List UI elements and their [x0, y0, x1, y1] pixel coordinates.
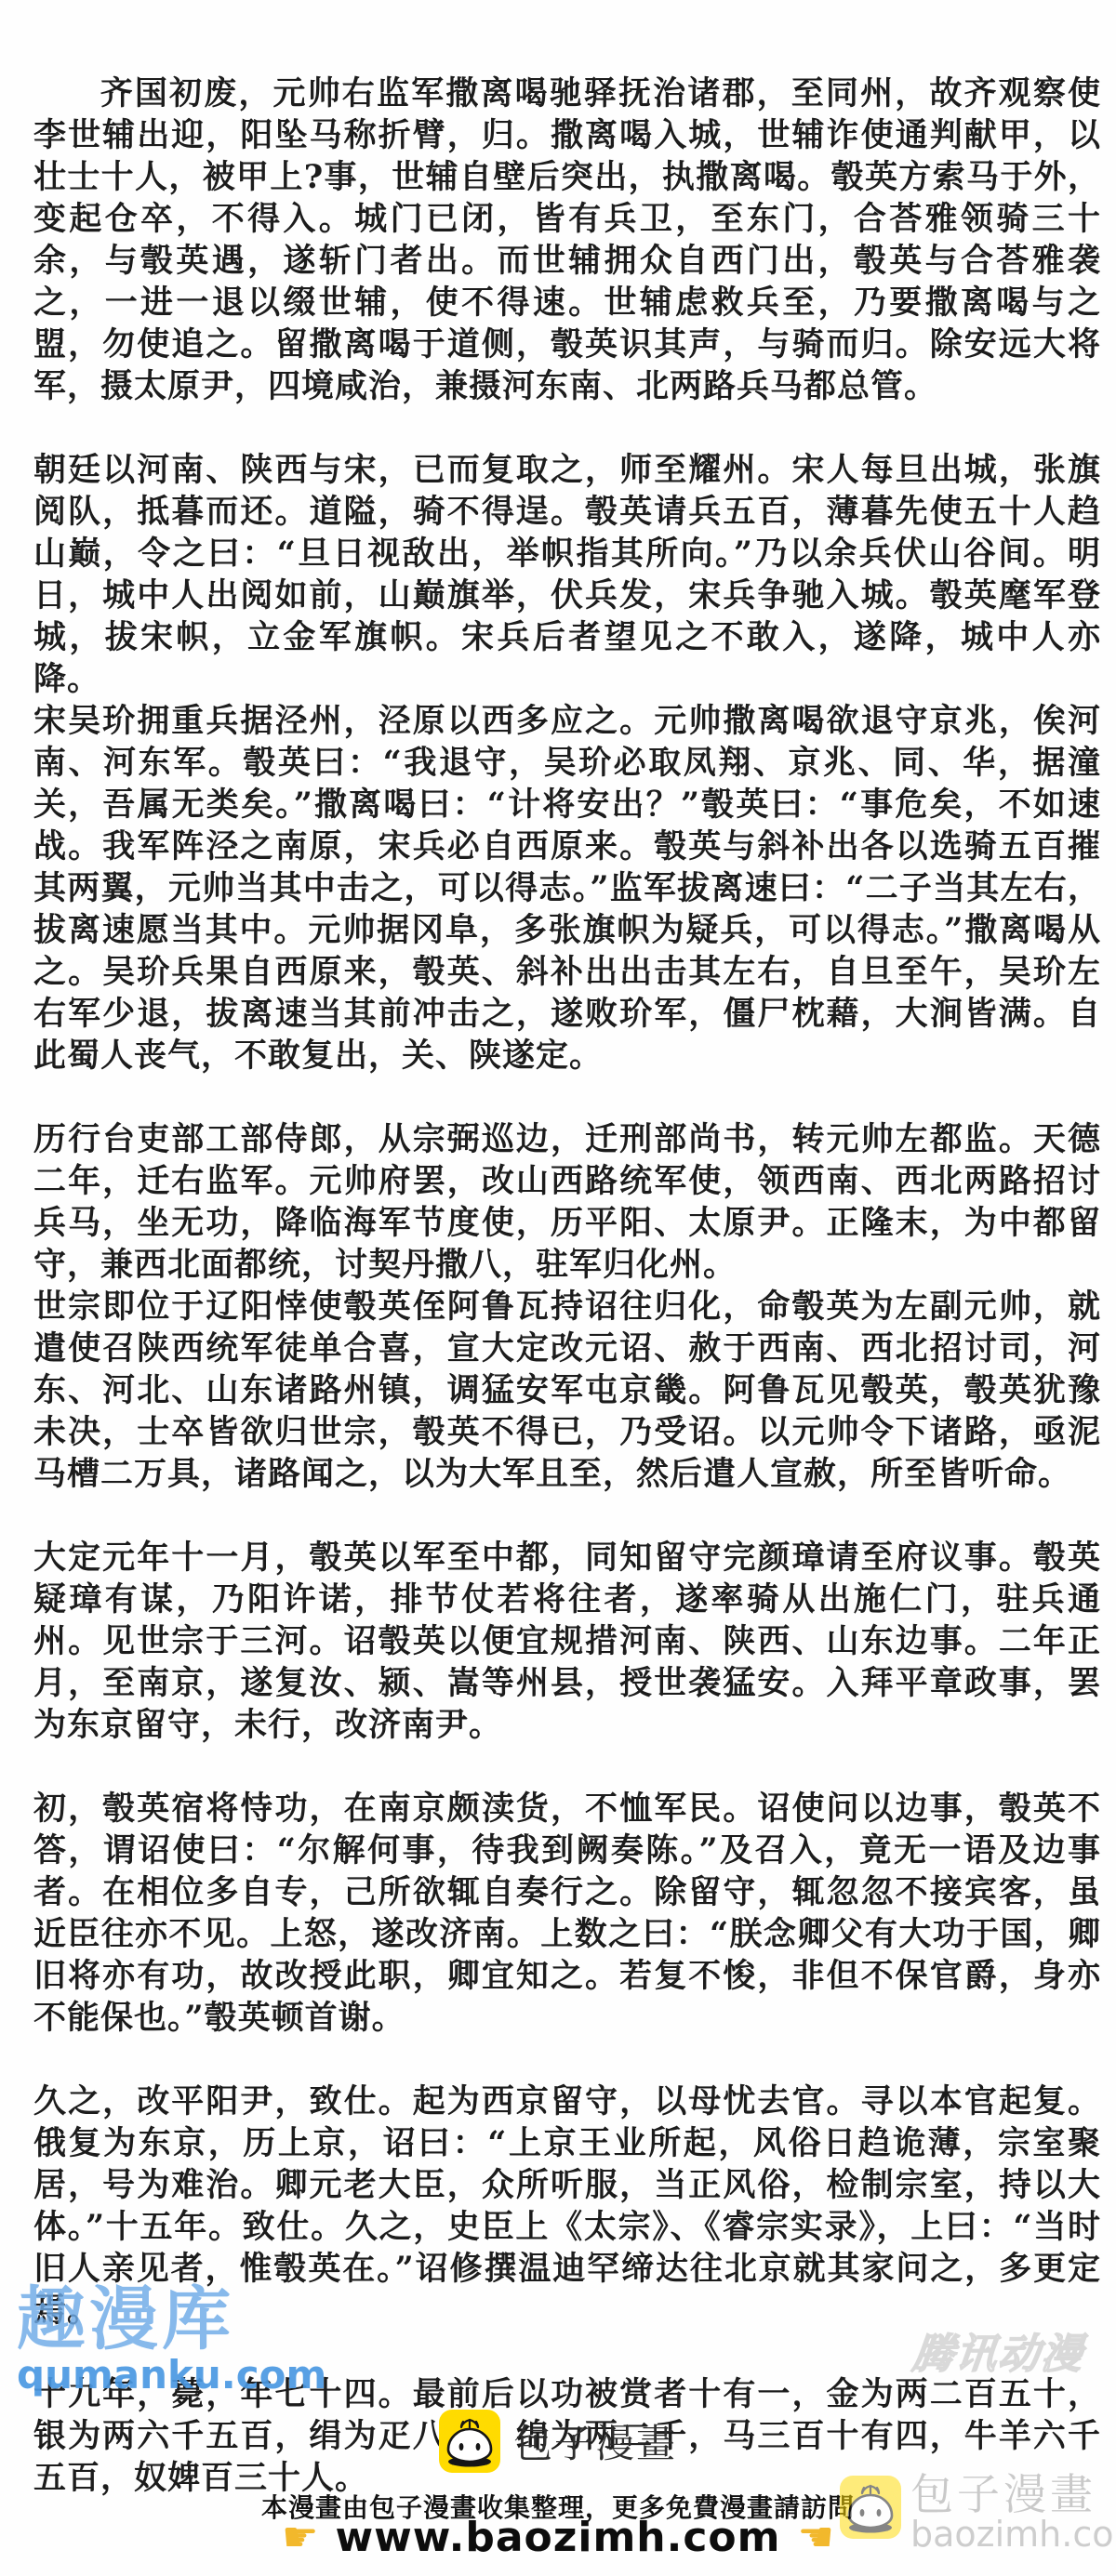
paragraph: 朝廷以河南、陕西与宋，已而复取之，师至耀州。宋人每旦出城，张旗阅队，抵暮而还。道…: [33, 449, 1101, 700]
footer-brand-label: 包子漫畫: [513, 2413, 677, 2469]
footer-brand-row: 包子漫畫: [0, 2408, 1116, 2475]
text-block-2: 朝廷以河南、陕西与宋，已而复取之，师至耀州。宋人每旦出城，张旗阅队，抵暮而还。道…: [33, 449, 1101, 1077]
paragraph: 宋吴玠拥重兵据泾州，泾原以西多应之。元帅撒离喝欲退守京兆，俟河南、河东军。彀英曰…: [33, 700, 1101, 1077]
footer-url-row: ☛ www.baozimh.com ☚: [0, 2514, 1116, 2561]
text-block-5: 初，彀英宿将恃功，在南京颇渎货，不恤军民。诏使问以边事，彀英不答，谓诏使曰：“尔…: [33, 1788, 1101, 2039]
footer-site-url: www.baozimh.com: [336, 2514, 781, 2561]
text-block-3: 历行台吏部工部侍郎，从宗弼巡边，迁刑部尚书，转元帅左都监。天德二年，迁右监军。元…: [33, 1118, 1101, 1495]
article-text: 齐国初废，元帅右监军撒离喝驰驿抚治诸郡，至同州，故齐观察使李世辅出迎，阳坠马称折…: [33, 73, 1101, 2499]
paragraph: 初，彀英宿将恃功，在南京颇渎货，不恤军民。诏使问以边事，彀英不答，谓诏使曰：“尔…: [33, 1788, 1101, 2039]
text-block-4: 大定元年十一月，彀英以军至中都，同知留守完颜璋请至府议事。彀英疑璋有谋，乃阳许诺…: [33, 1537, 1101, 1746]
pointing-hand-left-icon: ☚: [798, 2517, 834, 2558]
text-block-6: 久之，改平阳尹，致仕。起为西京留守，以母忧去官。寻以本官起复。俄复为东京，历上京…: [33, 2081, 1101, 2332]
text-block-1: 齐国初废，元帅右监军撒离喝驰驿抚治诸郡，至同州，故齐观察使李世辅出迎，阳坠马称折…: [33, 73, 1101, 407]
paragraph: 世宗即位于辽阳悻使彀英侄阿鲁瓦持诏往归化，命彀英为左副元帅，就遣使召陕西统军徒单…: [33, 1286, 1101, 1495]
paragraph: 大定元年十一月，彀英以军至中都，同知留守完颜璋请至府议事。彀英疑璋有谋，乃阳许诺…: [33, 1537, 1101, 1746]
manga-text-page: 齐国初废，元帅右监军撒离喝驰驿抚治诸郡，至同州，故齐观察使李世辅出迎，阳坠马称折…: [0, 0, 1116, 2576]
pointing-hand-right-icon: ☛: [282, 2517, 318, 2558]
paragraph: 久之，改平阳尹，致仕。起为西京留守，以母忧去官。寻以本官起复。俄复为东京，历上京…: [33, 2081, 1101, 2332]
baozi-bun-icon: [439, 2408, 500, 2475]
paragraph: 齐国初废，元帅右监军撒离喝驰驿抚治诸郡，至同州，故齐观察使李世辅出迎，阳坠马称折…: [33, 73, 1101, 407]
paragraph: 历行台吏部工部侍郎，从宗弼巡边，迁刑部尚书，转元帅左都监。天德二年，迁右监军。元…: [33, 1118, 1101, 1286]
